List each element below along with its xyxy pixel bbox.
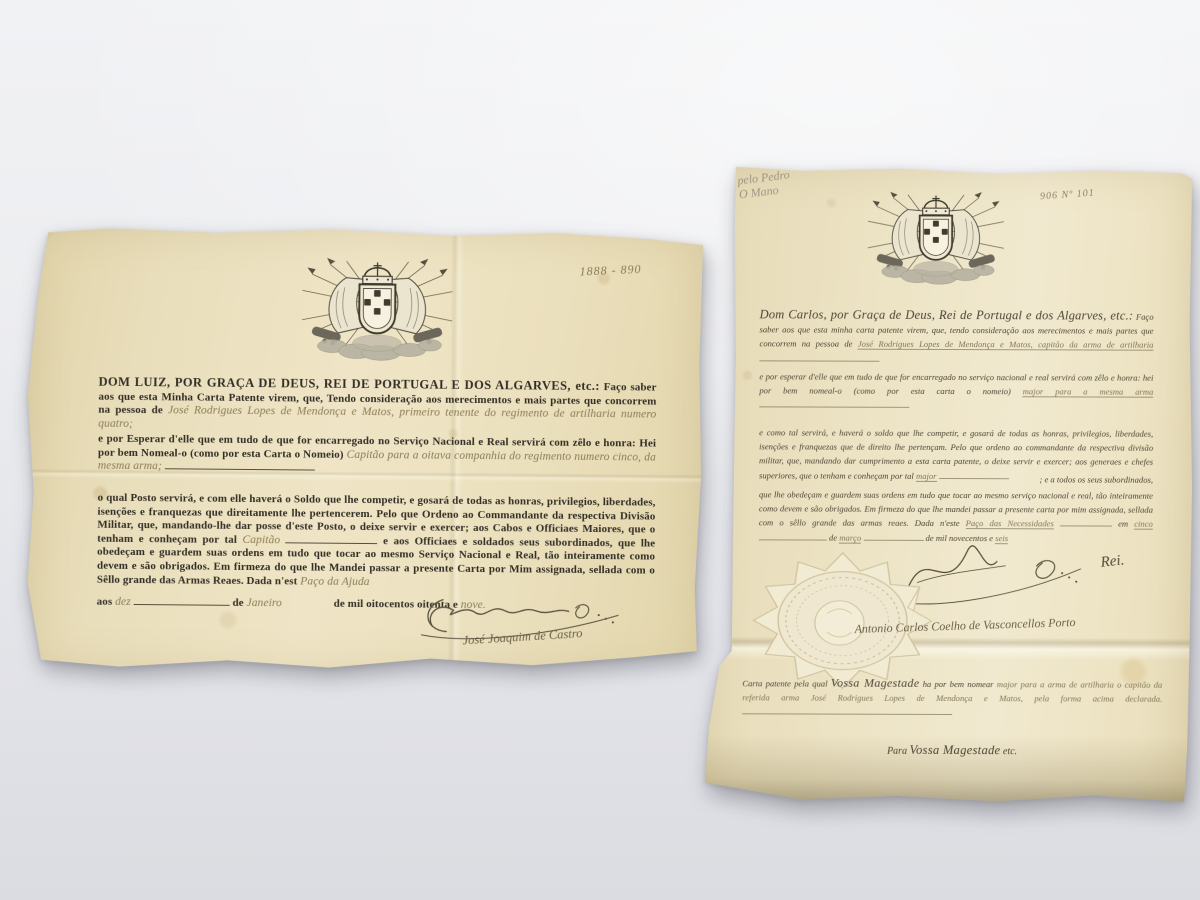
blank-rule — [759, 358, 879, 361]
printed-text: de — [232, 597, 243, 609]
royal-signature-rei-text: Rei. — [1100, 552, 1125, 571]
handwritten-month: Janeiro — [246, 597, 282, 609]
handwritten-day: cinco — [1134, 519, 1153, 530]
royal-coat-of-arms-engraving — [282, 254, 473, 362]
printed-script-text: Carta patente pela qual — [742, 678, 827, 688]
left-paragraph-3: o qual Posto servirá, e com elle haverá … — [97, 492, 656, 592]
right-closing-line: Para Vossa Magestade etc. — [742, 742, 1162, 758]
vossa-magestade-text: Vossa Magestade — [831, 675, 920, 689]
handwritten-posting: major para a mesma arma — [1023, 386, 1154, 397]
printed-script-text: de — [829, 532, 837, 542]
blank-rule — [759, 537, 827, 540]
handwritten-rank: Capitão — [242, 534, 280, 546]
left-paragraph-2: e por Esperar d'elle que em tudo de que … — [98, 433, 656, 479]
right-carta-patente-document: pelo Pedro O Mano 906 Nº 101 Dom Carlos,… — [702, 164, 1194, 806]
printed-script-text: Para — [887, 746, 907, 757]
left-carta-patente-document: 1888 - 890 DOM LUIZ, POR GRAÇA DE DEUS, … — [24, 224, 706, 678]
handwritten-day: dez — [115, 596, 131, 608]
printed-script-text: em — [1118, 519, 1128, 529]
printed-script-text: ha por bem nomear — [923, 679, 994, 689]
handwritten-name-start: José — [168, 404, 189, 416]
register-number-annotation: 906 Nº 101 — [1040, 188, 1095, 203]
left-paragraph-1: DOM LUIZ, POR GRAÇA DE DEUS, REI DE PORT… — [98, 376, 656, 436]
handwritten-name: José Rodrigues Lopes de Mendonça e Matos… — [858, 339, 1154, 351]
right-paragraph-1: Dom Carlos, por Graça de Deus, Rei de Po… — [759, 307, 1153, 367]
pencil-annotation: pelo Pedro O Mano — [737, 167, 792, 201]
right-paragraph-2: e por esperar d'elle que em tudo de que … — [759, 369, 1153, 414]
handwritten-place: Paço da Ajuda — [300, 575, 370, 588]
vossa-magestade-text: Vossa Magestade — [909, 743, 1000, 757]
printed-script-text: que lhe obedeçam e guardem suas ordens e… — [759, 489, 1153, 529]
blank-rule — [742, 712, 952, 716]
archival-number-annotation: 1888 - 890 — [579, 262, 642, 280]
handwritten-place: Paço das Necessidades — [966, 518, 1054, 529]
printed-text: aos — [97, 596, 113, 608]
blank-rule — [1060, 524, 1112, 527]
blank-rule — [286, 540, 378, 544]
photograph-of-two-documents: 1888 - 890 DOM LUIZ, POR GRAÇA DE DEUS, … — [0, 0, 1200, 900]
printed-script-text: etc. — [1003, 746, 1017, 757]
right-footer-summary: Carta patente pela qual Vossa Magestade … — [742, 675, 1162, 721]
royal-coat-of-arms-engraving — [852, 189, 1020, 286]
blank-rule — [134, 602, 230, 606]
blank-rule — [165, 466, 315, 470]
royal-title-line: Dom Carlos, por Graça de Deus, Rei de Po… — [760, 307, 1134, 322]
blank-rule — [759, 405, 909, 409]
left-document-paper: 1888 - 890 DOM LUIZ, POR GRAÇA DE DEUS, … — [24, 224, 706, 678]
right-paragraph-3-tail: ; e a todos os seus subordinados, — [759, 471, 1153, 487]
right-document-paper: pelo Pedro O Mano 906 Nº 101 Dom Carlos,… — [702, 164, 1194, 806]
